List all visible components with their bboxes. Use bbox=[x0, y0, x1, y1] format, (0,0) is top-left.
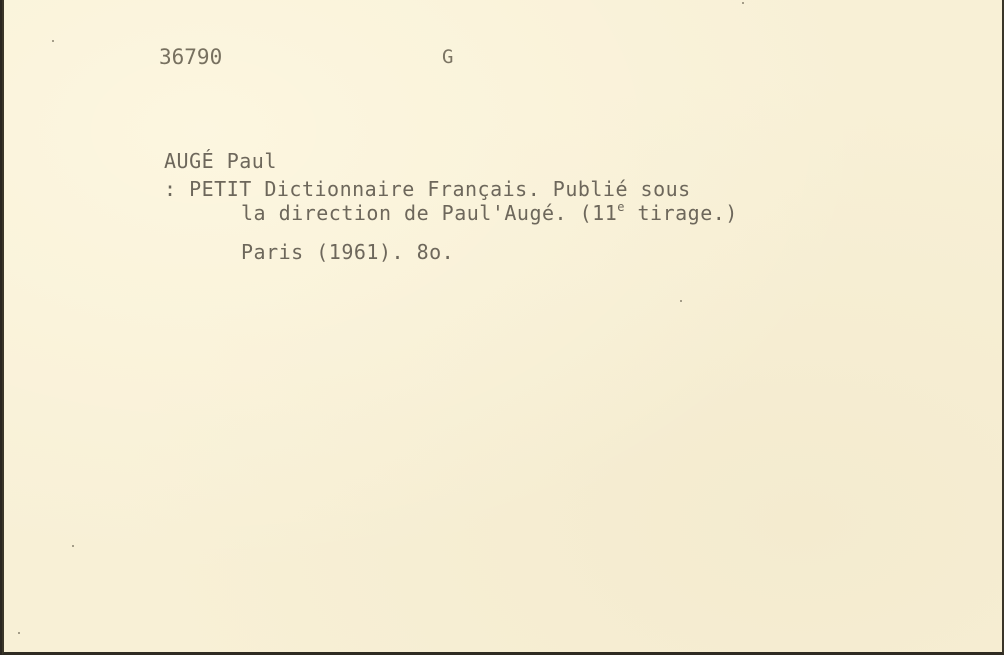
title-line-2: la direction de Paul'Augé. (11e tirage.) bbox=[241, 203, 738, 223]
paper-speck bbox=[72, 545, 74, 547]
paper-speck bbox=[680, 300, 682, 302]
imprint: Paris (1961). 8o. bbox=[241, 242, 454, 262]
edition-superscript: e bbox=[617, 200, 625, 214]
catalog-card: 36790 G AUGÉ Paul : PETIT Dictionnaire F… bbox=[2, 0, 1004, 655]
title-line-2-end: tirage.) bbox=[625, 201, 738, 225]
title-line-1: : PETIT Dictionnaire Français. Publié so… bbox=[164, 179, 691, 199]
classmark: G bbox=[442, 48, 454, 67]
paper-speck bbox=[18, 632, 20, 634]
paper-speck bbox=[742, 2, 744, 4]
title-line-2-main: la direction de Paul'Augé. (11 bbox=[241, 201, 617, 225]
accession-number: 36790 bbox=[159, 47, 222, 68]
paper-speck bbox=[52, 40, 54, 42]
author-heading: AUGÉ Paul bbox=[164, 151, 277, 171]
